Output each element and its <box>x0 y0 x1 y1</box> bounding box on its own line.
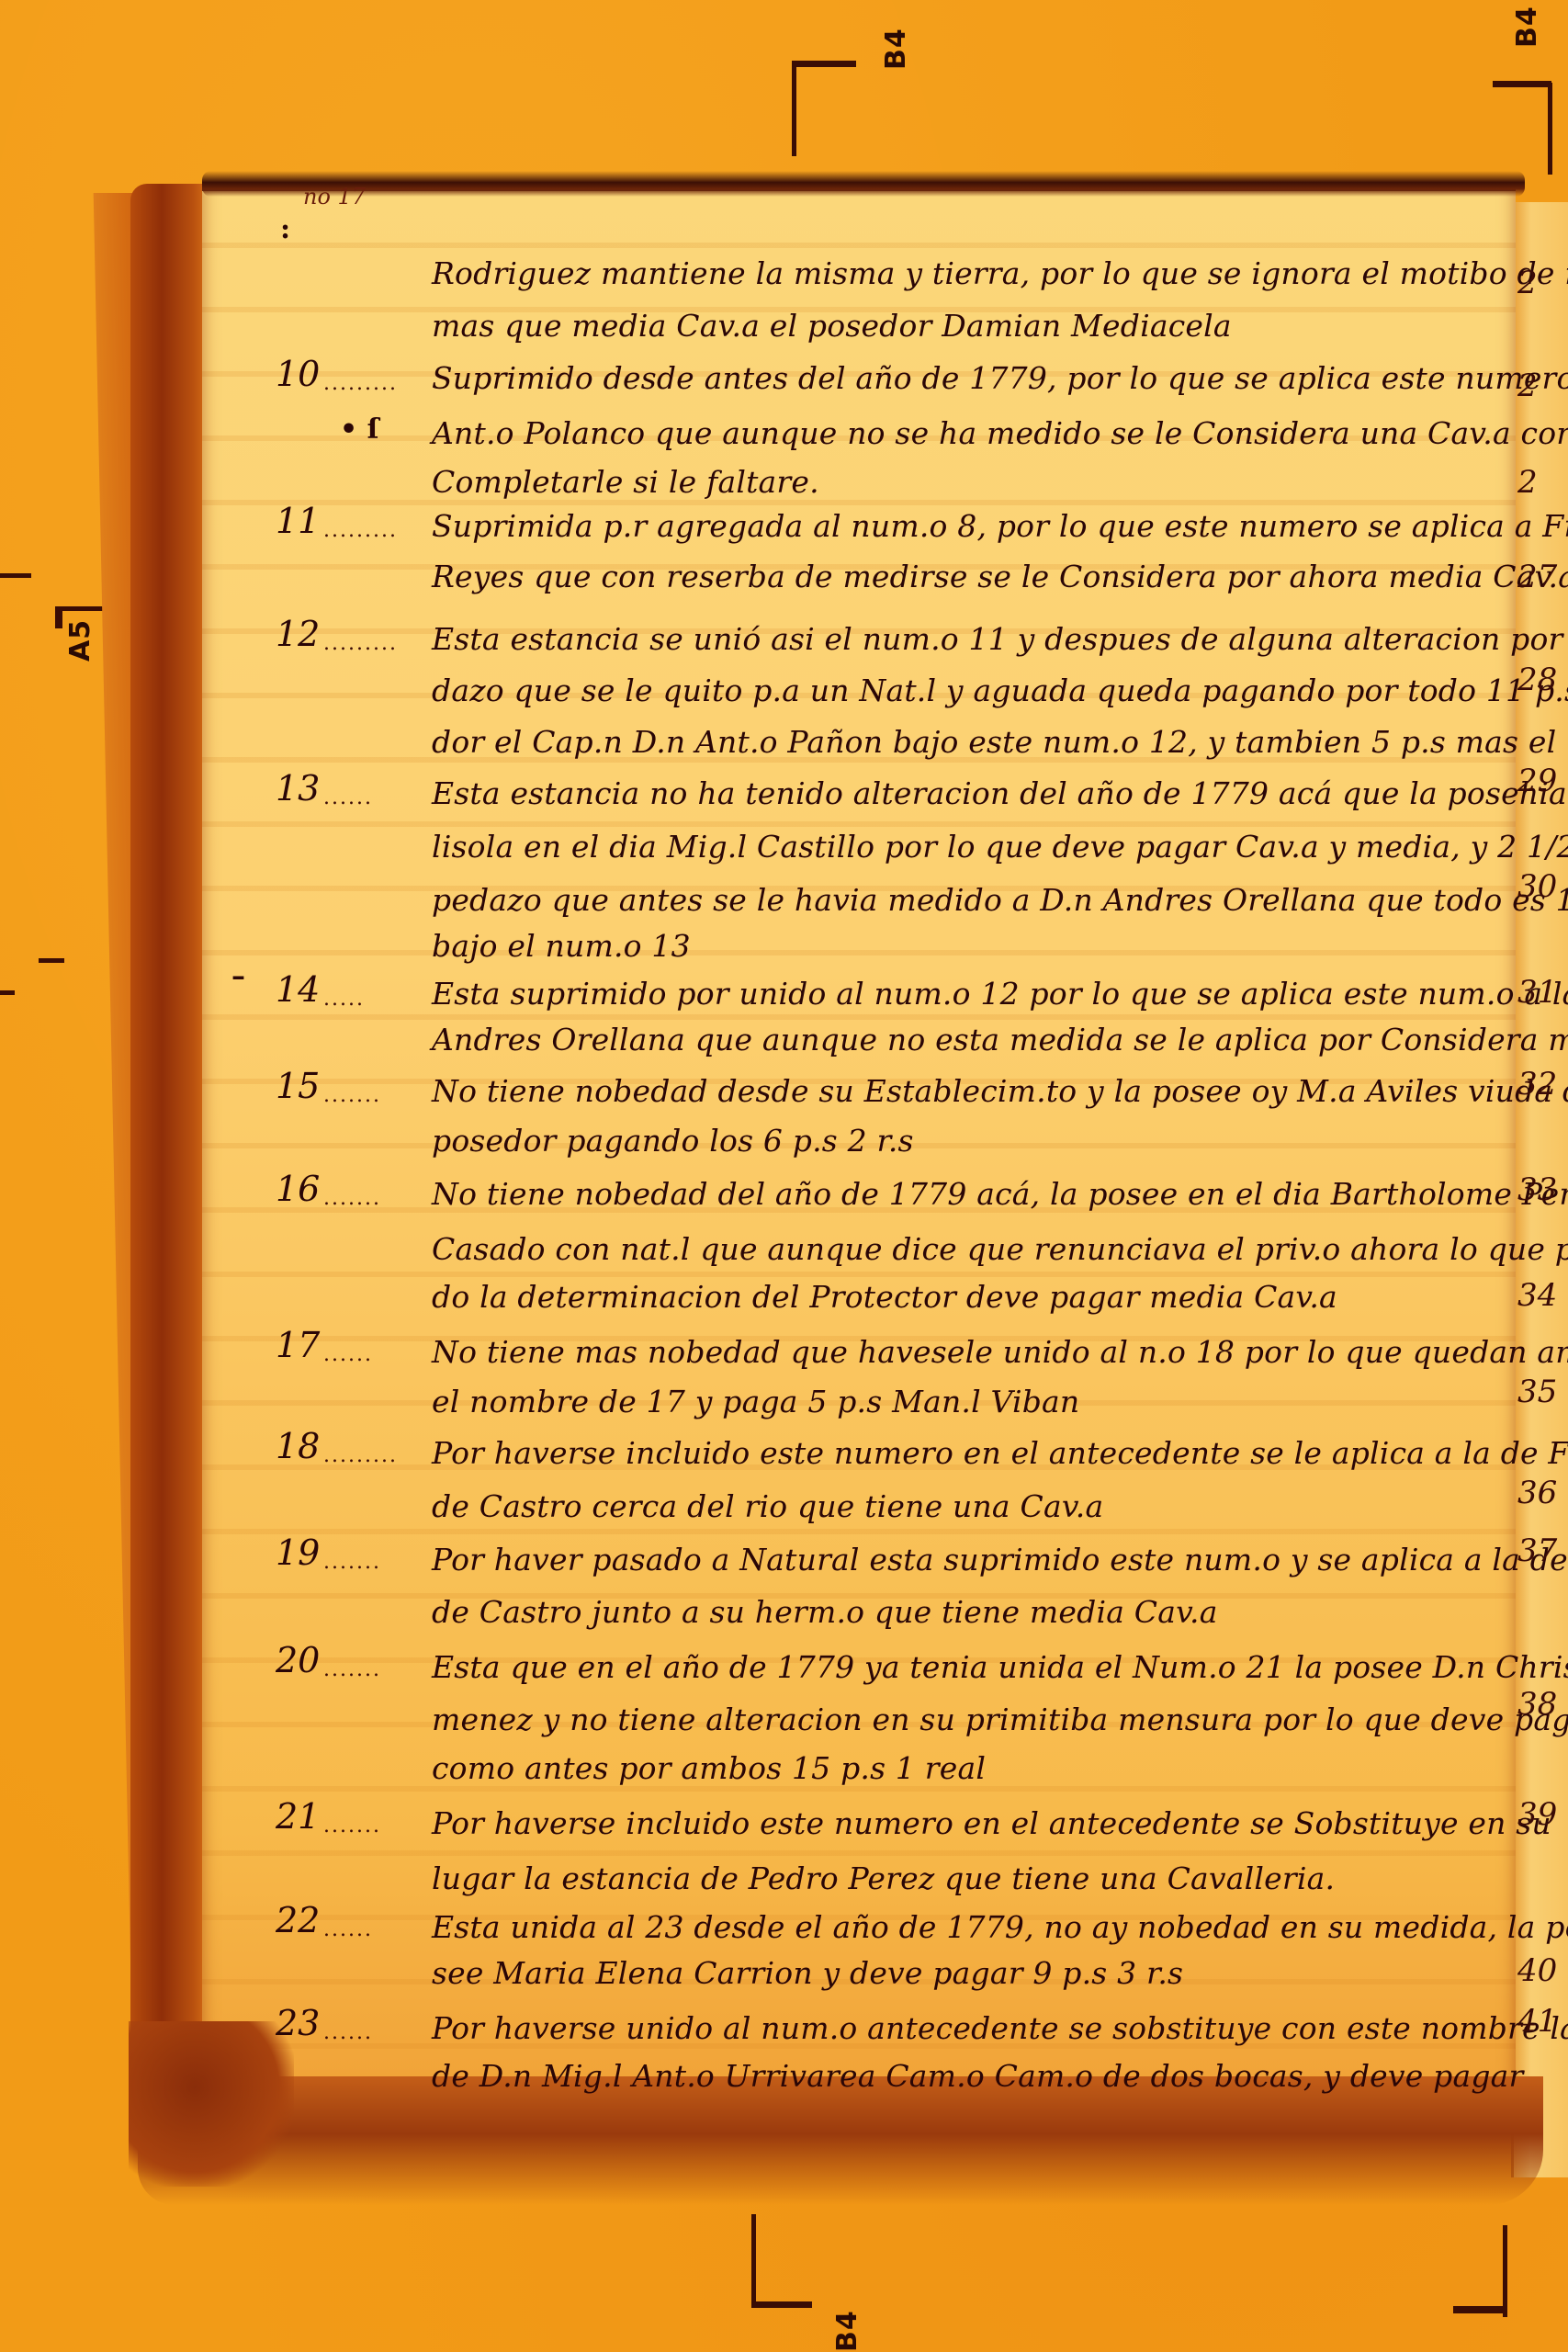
facing-number: 28 <box>1517 661 1557 698</box>
entry-line: dor el Cap.n D.n Ant.o Pañon bajo este n… <box>432 724 1568 760</box>
facing-number: 34 <box>1517 1277 1557 1314</box>
continuation-line: Rodriguez mantiene la misma y tierra, po… <box>432 255 1568 291</box>
entry-line: lisola en el dia Mig.l Castillo por lo q… <box>432 829 1568 865</box>
facing-number: 2 <box>1517 367 1538 404</box>
facing-number: 41 <box>1517 2003 1557 2040</box>
entry-line: see Maria Elena Carrion y deve pagar 9 p… <box>432 1955 1183 1991</box>
leader-dots: ......... <box>323 632 398 655</box>
entry-line: Suprimido desde antes del año de 1779, p… <box>432 360 1568 396</box>
entry-number: 17 <box>276 1325 320 1365</box>
entry-line: Casado con nat.l que aunque dice que ren… <box>432 1231 1568 1267</box>
facing-number: 31 <box>1517 974 1557 1011</box>
entry-line: Suprimida p.r agregada al num.o 8, por l… <box>432 508 1568 544</box>
entry-line: de D.n Mig.l Ant.o Urrivarea Cam.o Cam.o… <box>432 2058 1524 2094</box>
entry-line: No tiene nobedad desde su Establecim.to … <box>432 1073 1568 1109</box>
margin-dots: : <box>280 213 290 245</box>
leader-dots: ......... <box>323 519 398 542</box>
facing-number: 30 <box>1517 868 1557 905</box>
facing-number: 2 <box>1517 265 1538 301</box>
margin-mark: • ſ <box>340 413 379 446</box>
entry-line: como antes por ambos 15 p.s 1 real <box>432 1750 986 1786</box>
entry-line: Reyes que con reserba de medirse se le C… <box>432 559 1568 594</box>
continuation-line: mas que media Cav.a el posedor Damian Me… <box>432 308 1232 344</box>
entry-line: Esta estancia no ha tenido alteracion de… <box>432 775 1568 811</box>
entry-line: Esta que en el año de 1779 ya tenia unid… <box>432 1649 1568 1685</box>
leader-dots: ...... <box>323 1343 373 1366</box>
facing-number: 36 <box>1517 1475 1557 1511</box>
entry-line: posedor pagando los 6 p.s 2 r.s <box>432 1123 914 1159</box>
entry-line: el nombre de 17 y paga 5 p.s Man.l Viban <box>432 1384 1079 1419</box>
facing-number: 27 <box>1517 559 1557 595</box>
entry-line: Por haverse unido al num.o antecedente s… <box>432 2010 1568 2046</box>
entry-number: 14 <box>276 969 320 1010</box>
entry-number: 23 <box>276 2003 320 2043</box>
facing-number: 2 <box>1517 464 1538 501</box>
entry-line: bajo el num.o 13 <box>432 928 691 964</box>
entry-line: Ant.o Polanco que aunque no se ha medido… <box>432 415 1568 451</box>
entry-line: No tiene mas nobedad que havesele unido … <box>432 1334 1568 1370</box>
entry-line: Esta unida al 23 desde el año de 1779, n… <box>432 1909 1568 1945</box>
entry-line: de Castro junto a su herm.o que tiene me… <box>432 1594 1218 1630</box>
entry-line: Andres Orellana que aunque no esta medid… <box>432 1022 1568 1057</box>
entry-number: 18 <box>276 1426 320 1466</box>
entry-line: Por haverse incluido este numero en el a… <box>432 1435 1568 1471</box>
leader-dots: ....... <box>323 1815 381 1837</box>
facing-number: 38 <box>1517 1686 1557 1723</box>
entry-number: 20 <box>276 1640 320 1680</box>
leader-dots: ..... <box>323 988 365 1011</box>
facing-number: 35 <box>1517 1374 1557 1410</box>
entry-number: 19 <box>276 1532 320 1573</box>
manuscript-text: no 17 : Rodriguez mantiene la misma y ti… <box>0 0 1568 2352</box>
leader-dots: ....... <box>323 1658 381 1681</box>
entry-number: 21 <box>276 1796 320 1837</box>
facing-number: 29 <box>1517 763 1557 799</box>
facing-number: 33 <box>1517 1171 1557 1208</box>
entry-number: 11 <box>276 501 320 541</box>
entry-number: 16 <box>276 1169 320 1209</box>
entry-line: de Castro cerca del rio que tiene una Ca… <box>432 1488 1103 1524</box>
entry-line: Completarle si le faltare. <box>432 464 819 500</box>
leader-dots: ...... <box>323 786 373 809</box>
facing-number: 32 <box>1517 1066 1557 1102</box>
entry-line: dazo que se le quito p.a un Nat.l y agua… <box>432 673 1568 708</box>
entry-line: Esta suprimido por unido al num.o 12 por… <box>432 976 1568 1012</box>
folio-note: no 17 <box>303 184 366 209</box>
leader-dots: ....... <box>323 1551 381 1574</box>
facing-number: 39 <box>1517 1796 1557 1833</box>
entry-line: Esta estancia se unió asi el num.o 11 y … <box>432 621 1568 657</box>
leader-dots: ......... <box>323 372 398 395</box>
facing-number: 37 <box>1517 1532 1557 1569</box>
entry-line: pedazo que antes se le havia medido a D.… <box>432 882 1568 918</box>
entry-line: No tiene nobedad del año de 1779 acá, la… <box>432 1176 1568 1212</box>
margin-dash: – <box>231 960 245 992</box>
entry-line: lugar la estancia de Pedro Perez que tie… <box>432 1860 1335 1896</box>
leader-dots: ...... <box>323 2021 373 2044</box>
leader-dots: ....... <box>323 1187 381 1210</box>
entry-number: 13 <box>276 768 320 808</box>
entry-line: menez y no tiene alteracion en su primit… <box>432 1702 1568 1737</box>
leader-dots: ......... <box>323 1444 398 1467</box>
entry-number: 15 <box>276 1066 320 1106</box>
entry-number: 10 <box>276 354 320 394</box>
entry-line: do la determinacion del Protector deve p… <box>432 1279 1337 1315</box>
entry-number: 12 <box>276 614 320 654</box>
entry-line: Por haverse incluido este numero en el a… <box>432 1805 1551 1841</box>
entry-number: 22 <box>276 1900 320 1940</box>
leader-dots: ....... <box>323 1084 381 1107</box>
leader-dots: ...... <box>323 1918 373 1941</box>
facing-number: 40 <box>1517 1952 1557 1989</box>
entry-line: Por haver pasado a Natural esta suprimid… <box>432 1542 1568 1577</box>
